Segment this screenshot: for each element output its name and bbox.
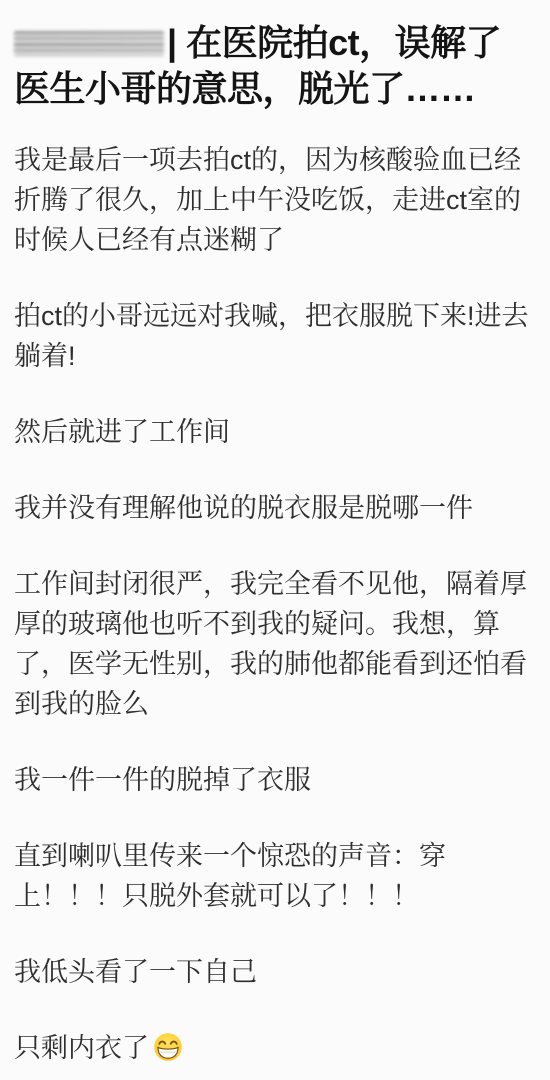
paragraph-9-text: 只剩内衣了 bbox=[14, 1033, 149, 1063]
beaming-face-emoji bbox=[153, 1032, 183, 1062]
paragraph-6: 我一件一件的脱掉了衣服 bbox=[14, 760, 536, 800]
post-page: | 在医院拍ct，误解了医生小哥的意思，脱光了…… 我是最后一项去拍ct的，因为… bbox=[0, 0, 550, 1080]
paragraph-4: 我并没有理解他说的脱衣服是脱哪一件 bbox=[14, 488, 536, 528]
paragraph-2: 拍ct的小哥远远对我喊，把衣服脱下来!进去躺着! bbox=[14, 296, 536, 376]
paragraph-9: 只剩内衣了 bbox=[14, 1028, 536, 1068]
paragraph-8: 我低头看了一下自己 bbox=[14, 952, 536, 992]
paragraph-1: 我是最后一项去拍ct的，因为核酸验血已经折腾了很久，加上中午没吃饭，走进ct室的… bbox=[14, 140, 536, 260]
paragraph-7: 直到喇叭里传来一个惊恐的声音：穿上！！！只脱外套就可以了！！！ bbox=[14, 836, 536, 916]
redacted-username-blur bbox=[14, 31, 164, 56]
paragraph-5: 工作间封闭很严，我完全看不见他，隔着厚厚的玻璃他也听不到我的疑问。我想，算了，医… bbox=[14, 564, 536, 724]
post-body: 我是最后一项去拍ct的，因为核酸验血已经折腾了很久，加上中午没吃饭，走进ct室的… bbox=[14, 140, 536, 1068]
paragraph-3: 然后就进了工作间 bbox=[14, 412, 536, 452]
post-title: | 在医院拍ct，误解了医生小哥的意思，脱光了…… bbox=[14, 20, 536, 112]
